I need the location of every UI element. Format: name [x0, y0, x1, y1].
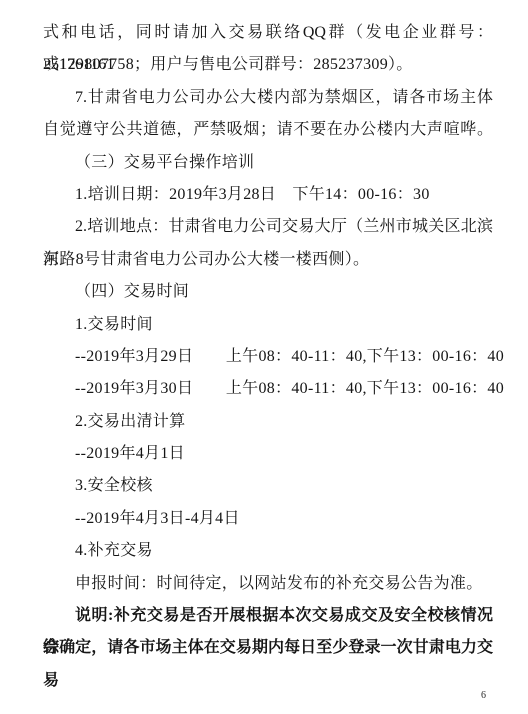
text-line: 自觉遵守公共道德，严禁吸烟；请不要在办公楼内大声喧哗。: [43, 114, 493, 146]
text-line: 东路8号甘肃省电力公司办公大楼一楼西侧）。: [43, 244, 493, 276]
text-line: 申报时间：时间待定，以网站发布的补充交易公告为准。: [43, 568, 493, 600]
text-line: 合确定，请各市场主体在交易期内每日至少登录一次甘肃电力交易: [43, 632, 493, 664]
text-line: --2019年3月30日 上午08：40-11：40,下午13：00-16：40: [43, 373, 493, 405]
document-content: 式和电话，同时请加入交易联络QQ群（发电企业群号：251761161或12980…: [43, 17, 493, 665]
text-line: 4.补充交易: [43, 535, 493, 567]
text-line: 或129807758；用户与售电公司群号：285237309）。: [43, 49, 493, 81]
document-page: 式和电话，同时请加入交易联络QQ群（发电企业群号：251761161或12980…: [0, 0, 528, 714]
text-line: --2019年4月1日: [43, 438, 493, 470]
text-line: （三）交易平台操作培训: [43, 147, 493, 179]
text-line: --2019年3月29日 上午08：40-11：40,下午13：00-16：40: [43, 341, 493, 373]
text-line: （四）交易时间: [43, 276, 493, 308]
text-line: 1.培训日期：2019年3月28日 下午14：00-16：30: [43, 179, 493, 211]
text-line: 1.交易时间: [43, 309, 493, 341]
text-line: 说明:补充交易是否开展根据本次交易成交及安全校核情况综: [43, 600, 493, 632]
text-line: 2.培训地点：甘肃省电力公司交易大厅（兰州市城关区北滨河: [43, 211, 493, 243]
text-line: 7.甘肃省电力公司办公大楼内部为禁烟区，请各市场主体: [43, 82, 493, 114]
text-line: 2.交易出清计算: [43, 406, 493, 438]
page-number: 6: [481, 690, 486, 702]
text-line: 3.安全校核: [43, 470, 493, 502]
text-line: 式和电话，同时请加入交易联络QQ群（发电企业群号：251761161: [43, 17, 493, 49]
text-line: --2019年4月3日-4月4日: [43, 503, 493, 535]
